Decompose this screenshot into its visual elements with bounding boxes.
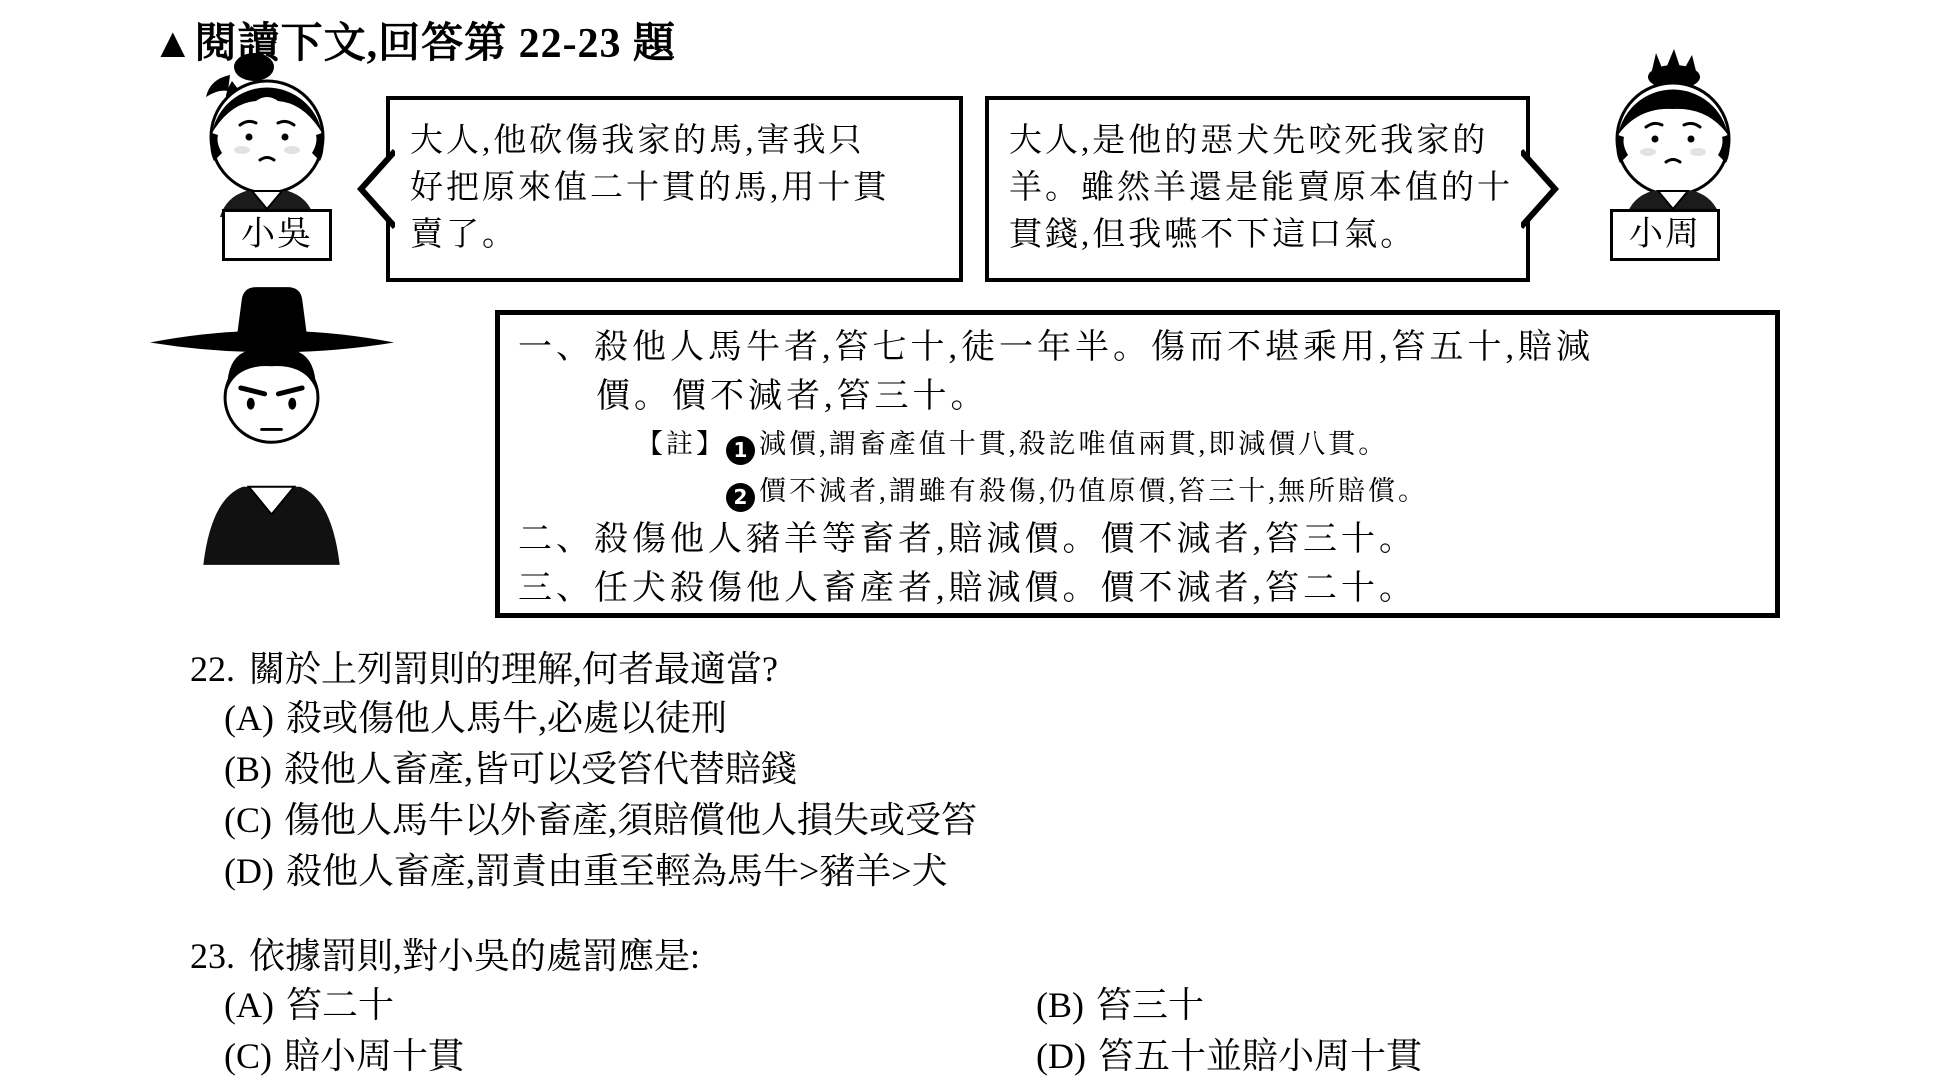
- option-label: (B): [1036, 985, 1084, 1025]
- option-label: (D): [1036, 1036, 1086, 1076]
- note-2-marker-icon: 2: [726, 483, 755, 512]
- question-22: 22.關於上列罰則的理解,何者最適當? (A)殺或傷他人馬牛,必處以徒刑 (B)…: [190, 645, 977, 897]
- question-22-option-d: (D)殺他人畜產,罰責由重至輕為馬牛>豬羊>犬: [224, 846, 977, 897]
- option-text: 殺他人畜產,罰責由重至輕為馬牛>豬羊>犬: [286, 851, 948, 891]
- speech-line: 大人,他砍傷我家的馬,害我只: [410, 118, 945, 165]
- xiaozhou-name-box: 小周: [1610, 209, 1720, 261]
- judge-avatar-icon: [146, 282, 398, 566]
- question-22-options: (A)殺或傷他人馬牛,必處以徒刑 (B)殺他人畜產,皆可以受笞代替賠錢 (C)傷…: [224, 693, 977, 897]
- speech-tail-right-icon: [1521, 143, 1563, 235]
- option-label: (C): [224, 1036, 272, 1076]
- law-rules-box: 一、殺他人馬牛者,笞七十,徒一年半。傷而不堪乘用,笞五十,賠減 價。價不減者,笞…: [495, 310, 1780, 618]
- xiaowu-speech-text: 大人,他砍傷我家的馬,害我只 好把原來值二十貫的馬,用十貫 賣了。: [390, 100, 959, 259]
- law-rule-2: 二、殺傷他人豬羊等畜者,賠減價。價不減者,笞三十。: [518, 515, 1767, 564]
- xiaozhou-speech-text: 大人,是他的惡犬先咬死我家的 羊。雖然羊還是能賣原本值的十 貫錢,但我嚥不下這口…: [989, 100, 1526, 259]
- xiaowu-avatar-icon: [192, 45, 342, 217]
- option-text: 笞二十: [286, 985, 394, 1025]
- xiaozhou-avatar: [1598, 45, 1748, 217]
- question-23-stem-text: 依據罰則,對小吳的處罰應是:: [249, 936, 700, 976]
- question-23-option-c: (C)賠小周十貫: [224, 1031, 1036, 1082]
- xiaowu-name-box: 小吳: [222, 209, 332, 261]
- question-23-stem: 23.依據罰則,對小吳的處罰應是:: [190, 932, 1422, 980]
- law-note-1: 【註】1減價,謂畜產值十貫,殺訖唯值兩貫,即減價八貫。: [636, 421, 1767, 468]
- question-23: 23.依據罰則,對小吳的處罰應是: (A)笞二十 (B)笞三十 (C)賠小周十貫…: [190, 932, 1422, 1082]
- xiaowu-name-label: 小吳: [241, 216, 313, 253]
- xiaozhou-avatar-icon: [1598, 45, 1748, 217]
- speech-line: 好把原來值二十貫的馬,用十貫: [410, 165, 945, 212]
- note-label: 【註】: [636, 429, 726, 459]
- speech-line: 羊。雖然羊還是能賣原本值的十: [1009, 165, 1512, 212]
- question-23-options: (A)笞二十 (B)笞三十 (C)賠小周十貫 (D)笞五十並賠小周十貫: [224, 980, 1422, 1082]
- law-rule-3: 三、任犬殺傷他人畜產者,賠減價。價不減者,笞二十。: [518, 564, 1767, 613]
- option-text: 笞五十並賠小周十貫: [1098, 1036, 1422, 1076]
- option-label: (B): [224, 749, 272, 789]
- speech-line: 賣了。: [410, 212, 945, 259]
- option-text: 賠小周十貫: [284, 1036, 464, 1076]
- option-text: 傷他人馬牛以外畜產,須賠償他人損失或受笞: [284, 800, 977, 840]
- note-2-text: 價不減者,謂雖有殺傷,仍值原價,笞三十,無所賠償。: [759, 476, 1428, 506]
- option-label: (A): [224, 698, 274, 738]
- option-text: 殺他人畜產,皆可以受笞代替賠錢: [284, 749, 797, 789]
- question-23-option-a: (A)笞二十: [224, 980, 1036, 1031]
- question-22-stem-text: 關於上列罰則的理解,何者最適當?: [249, 649, 778, 689]
- speech-line: 貫錢,但我嚥不下這口氣。: [1009, 212, 1512, 259]
- question-22-stem: 22.關於上列罰則的理解,何者最適當?: [190, 645, 977, 693]
- option-label: (A): [224, 985, 274, 1025]
- question-23-option-d: (D)笞五十並賠小周十貫: [1036, 1031, 1422, 1082]
- option-label: (C): [224, 800, 272, 840]
- speech-tail-left-icon: [353, 143, 395, 235]
- speech-line: 大人,是他的惡犬先咬死我家的: [1009, 118, 1512, 165]
- question-22-number: 22.: [190, 649, 235, 689]
- note-1-marker-icon: 1: [726, 436, 755, 465]
- xiaowu-speech-bubble: 大人,他砍傷我家的馬,害我只 好把原來值二十貫的馬,用十貫 賣了。: [386, 96, 963, 282]
- question-23-option-b: (B)笞三十: [1036, 980, 1422, 1031]
- question-23-number: 23.: [190, 936, 235, 976]
- question-22-option-c: (C)傷他人馬牛以外畜產,須賠償他人損失或受笞: [224, 795, 977, 846]
- law-rule-1-line-1: 一、殺他人馬牛者,笞七十,徒一年半。傷而不堪乘用,笞五十,賠減: [518, 323, 1767, 372]
- exam-reading-page: ▲閱讀下文,回答第 22-23 題 小吳: [0, 0, 1935, 1092]
- option-label: (D): [224, 851, 274, 891]
- question-22-option-a: (A)殺或傷他人馬牛,必處以徒刑: [224, 693, 977, 744]
- xiaowu-avatar: [192, 45, 342, 217]
- option-text: 笞三十: [1096, 985, 1204, 1025]
- judge-avatar: [146, 282, 398, 566]
- option-text: 殺或傷他人馬牛,必處以徒刑: [286, 698, 727, 738]
- note-1-text: 減價,謂畜產值十貫,殺訖唯值兩貫,即減價八貫。: [759, 429, 1388, 459]
- law-rule-1-line-2: 價。價不減者,笞三十。: [596, 372, 1767, 421]
- xiaozhou-name-label: 小周: [1629, 216, 1701, 253]
- law-note-2: 2價不減者,謂雖有殺傷,仍值原價,笞三十,無所賠償。: [726, 468, 1767, 515]
- xiaozhou-speech-bubble: 大人,是他的惡犬先咬死我家的 羊。雖然羊還是能賣原本值的十 貫錢,但我嚥不下這口…: [985, 96, 1530, 282]
- question-22-option-b: (B)殺他人畜產,皆可以受笞代替賠錢: [224, 744, 977, 795]
